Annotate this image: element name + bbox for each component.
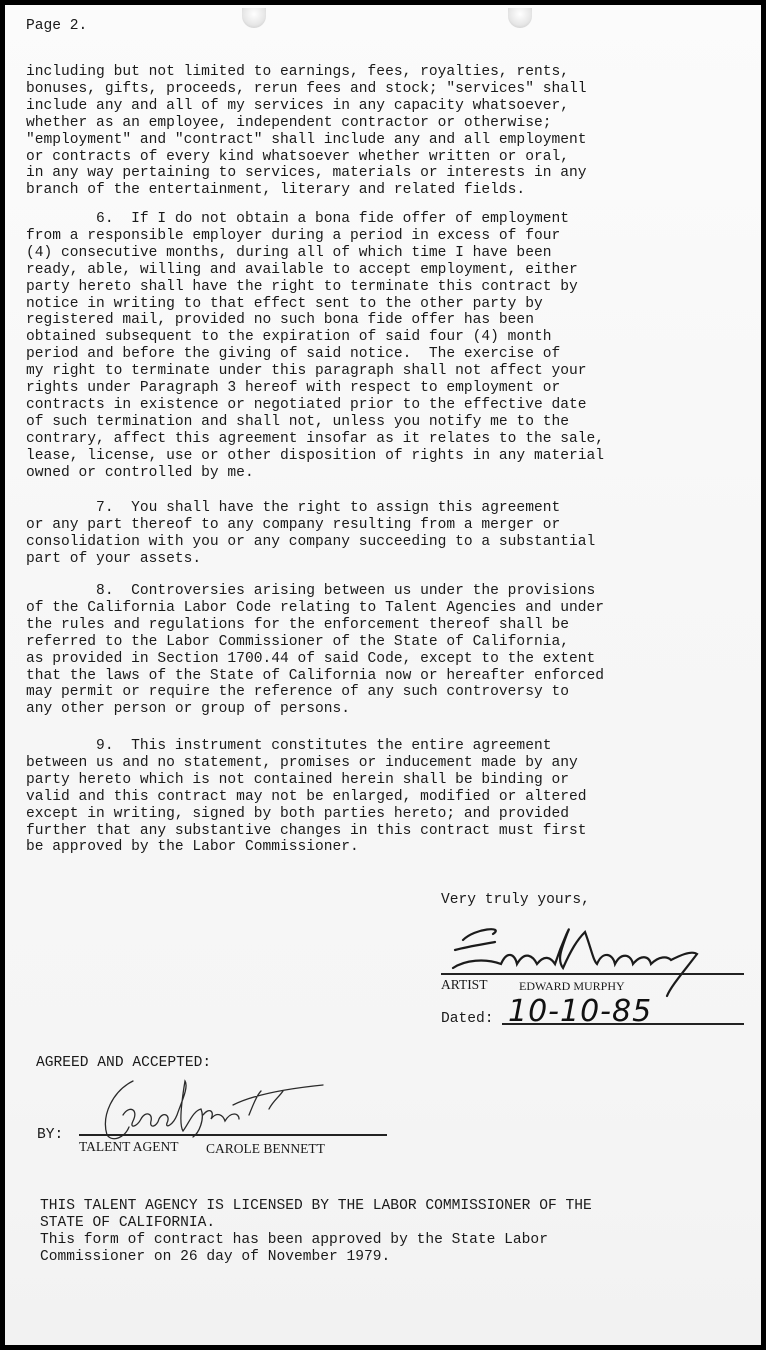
paragraph-8: 8. Controversies arising between us unde… — [26, 583, 604, 718]
paragraph-9: 9. This instrument constitutes the entir… — [26, 738, 587, 856]
punch-hole — [242, 8, 266, 28]
date-line — [502, 1023, 744, 1025]
licensing-notice: THIS TALENT AGENCY IS LICENSED BY THE LA… — [40, 1198, 592, 1266]
agreed-and-accepted-label: AGREED AND ACCEPTED: — [36, 1055, 211, 1071]
page-number: Page 2. — [26, 18, 87, 34]
artist-signature-line — [441, 973, 744, 975]
artist-role-label: ARTIST — [441, 977, 487, 993]
paragraph-6: 6. If I do not obtain a bona fide offer … — [26, 211, 604, 482]
agent-signature-line — [79, 1134, 387, 1136]
closing-salutation: Very truly yours, — [441, 892, 590, 908]
continuation-paragraph: including but not limited to earnings, f… — [26, 64, 587, 199]
agent-role-label: TALENT AGENT — [79, 1139, 179, 1155]
punch-hole — [508, 8, 532, 28]
paragraph-7: 7. You shall have the right to assign th… — [26, 500, 595, 568]
agent-printed-name: CAROLE BENNETT — [206, 1141, 325, 1157]
by-label: BY: — [37, 1127, 63, 1143]
artist-printed-name: EDWARD MURPHY — [519, 979, 625, 994]
dated-label: Dated: — [441, 1011, 494, 1027]
document-page: Page 2. including but not limited to ear… — [5, 5, 761, 1345]
